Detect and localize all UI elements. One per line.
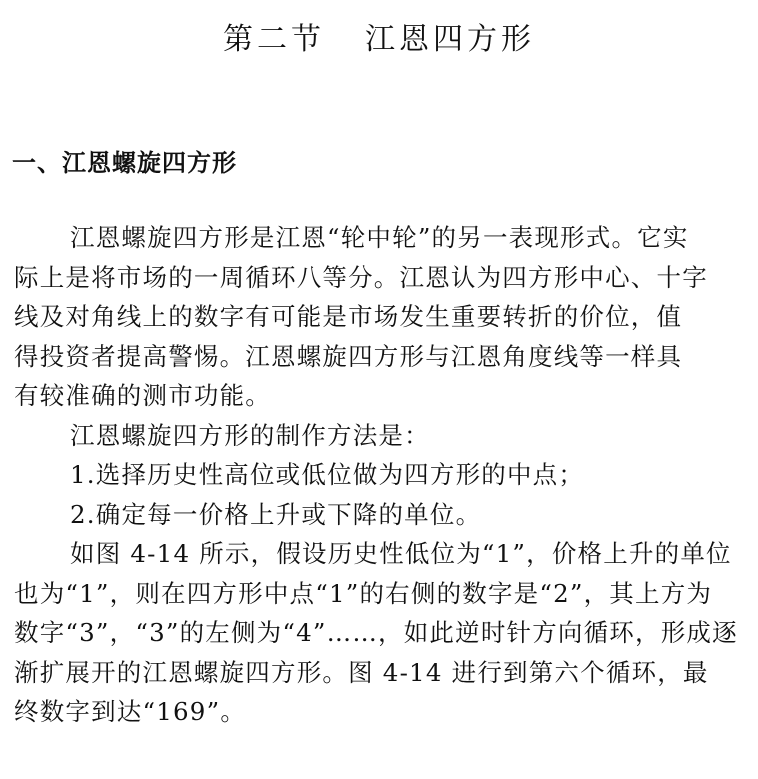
text-line: 得投资者提高警惕。江恩螺旋四方形与江恩角度线等一样具 xyxy=(14,337,754,377)
text-line: 渐扩展开的江恩螺旋四方形。图 4-14 进行到第六个循环，最 xyxy=(14,653,754,693)
list-item: 2.确定每一价格上升或下降的单位。 xyxy=(14,495,754,535)
text-line: 江恩螺旋四方形是江恩“轮中轮”的另一表现形式。它实 xyxy=(14,218,754,258)
paragraph-example: 如图 4-14 所示，假设历史性低位为“1”，价格上升的单位 也为“1”，则在四… xyxy=(14,534,754,732)
text-line: 数字“3”，“3”的左侧为“4”……，如此逆时针方向循环，形成逐 xyxy=(14,613,754,653)
paragraph-intro: 江恩螺旋四方形是江恩“轮中轮”的另一表现形式。它实 际上是将市场的一周循环八等分… xyxy=(14,218,754,416)
section-title-text: 江恩四方形 xyxy=(365,22,535,57)
section-number: 第二节 xyxy=(223,22,325,57)
text-line: 际上是将市场的一周循环八等分。江恩认为四方形中心、十字 xyxy=(14,258,754,298)
text-line: 如图 4-14 所示，假设历史性低位为“1”，价格上升的单位 xyxy=(14,534,754,574)
list-item: 1.选择历史性高位或低位做为四方形的中点； xyxy=(14,455,754,495)
text-line: 江恩螺旋四方形的制作方法是： xyxy=(14,416,754,456)
text-line: 线及对角线上的数字有可能是市场发生重要转折的价位，值 xyxy=(14,297,754,337)
text-line: 有较准确的测市功能。 xyxy=(14,376,754,416)
document-page: 第二节江恩四方形 一、江恩螺旋四方形 江恩螺旋四方形是江恩“轮中轮”的另一表现形… xyxy=(0,0,758,779)
text-line: 终数字到达“169”。 xyxy=(14,692,754,732)
text-line: 也为“1”，则在四方形中点“1”的右侧的数字是“2”，其上方为 xyxy=(14,574,754,614)
body-text: 江恩螺旋四方形是江恩“轮中轮”的另一表现形式。它实 际上是将市场的一周循环八等分… xyxy=(14,218,754,732)
steps-list: 1.选择历史性高位或低位做为四方形的中点； 2.确定每一价格上升或下降的单位。 xyxy=(14,455,754,534)
subsection-heading: 一、江恩螺旋四方形 xyxy=(12,145,237,181)
paragraph-method: 江恩螺旋四方形的制作方法是： xyxy=(14,416,754,456)
section-title: 第二节江恩四方形 xyxy=(0,18,758,62)
